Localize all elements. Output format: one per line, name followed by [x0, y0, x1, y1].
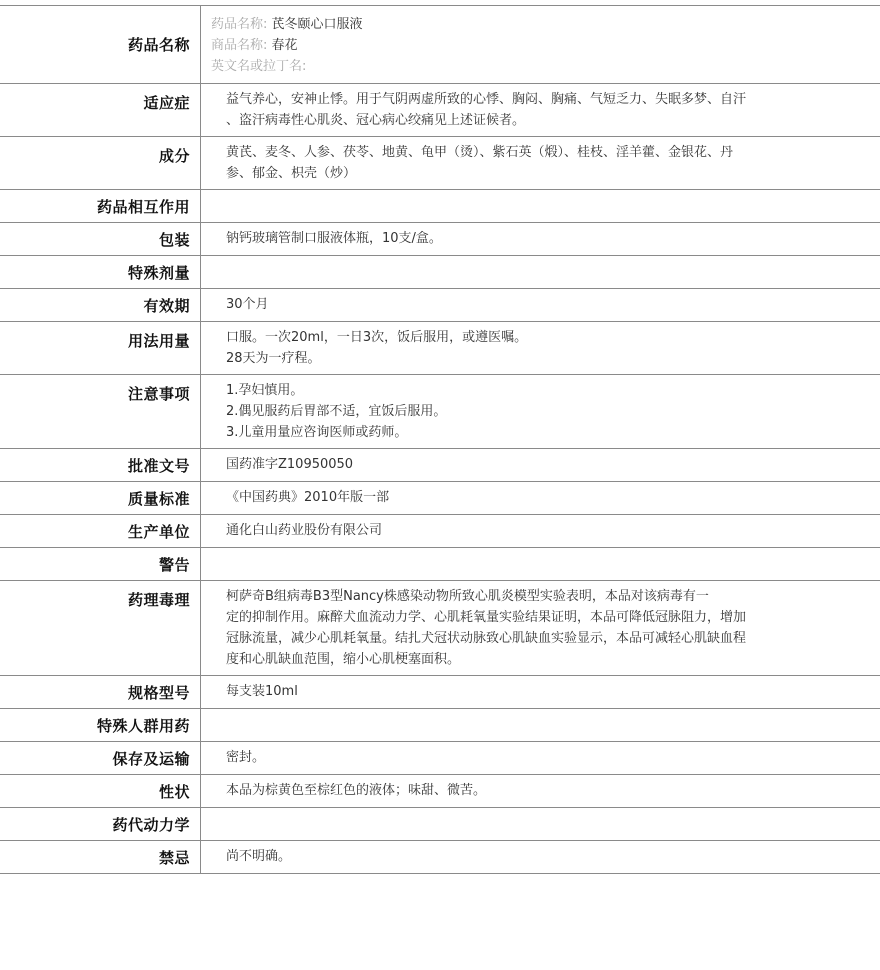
table-row: 药品相互作用: [0, 190, 880, 223]
table-row: 质量标准《中国药典》2010年版一部: [0, 482, 880, 515]
row-label: 用法用量: [0, 322, 201, 375]
row-label: 成分: [0, 137, 201, 190]
value-line: 口服。一次20ml，一日3次，饭后服用，或遵医嘱。: [226, 327, 785, 348]
row-value: 《中国药典》2010年版一部: [201, 482, 880, 515]
value-line: 密封。: [226, 747, 785, 768]
row-value: 30个月: [201, 289, 880, 322]
value-line: 1.孕妇慎用。: [226, 380, 785, 401]
row-value: 口服。一次20ml，一日3次，饭后服用，或遵医嘱。28天为一疗程。: [201, 322, 880, 375]
row-label: 有效期: [0, 289, 201, 322]
drug-info-table: 药品名称 药品名称: 芪冬颐心口服液 商品名称: 春花 英文名或拉丁名: 适应症…: [0, 5, 880, 874]
value-line: 黄芪、麦冬、人参、茯苓、地黄、龟甲（烫）、紫石英（煅）、桂枝、淫羊藿、金银花、丹: [226, 142, 785, 163]
table-row: 有效期30个月: [0, 289, 880, 322]
row-value: [201, 808, 880, 841]
row-value: 每支装10ml: [201, 676, 880, 709]
row-label: 药代动力学: [0, 808, 201, 841]
table-row: 保存及运输密封。: [0, 742, 880, 775]
value-line: 参、郁金、枳壳（炒）: [226, 163, 785, 184]
table-row-drug-name: 药品名称 药品名称: 芪冬颐心口服液 商品名称: 春花 英文名或拉丁名:: [0, 6, 880, 84]
value-line: 尚不明确。: [226, 846, 785, 867]
value-line: 柯萨奇B组病毒B3型Nancy株感染动物所致心肌炎模型实验表明，本品对该病毒有一: [226, 586, 785, 607]
table-row: 批准文号国药准字Z10950050: [0, 449, 880, 482]
table-row: 警告: [0, 548, 880, 581]
row-value: [201, 548, 880, 581]
english-name-label: 英文名或拉丁名:: [211, 59, 306, 74]
table-row: 生产单位通化白山药业股份有限公司: [0, 515, 880, 548]
row-value: 尚不明确。: [201, 841, 880, 874]
table-row: 药理毒理柯萨奇B组病毒B3型Nancy株感染动物所致心肌炎模型实验表明，本品对该…: [0, 581, 880, 676]
table-row: 药代动力学: [0, 808, 880, 841]
row-label: 药品相互作用: [0, 190, 201, 223]
row-label: 警告: [0, 548, 201, 581]
row-value: 1.孕妇慎用。2.偶见服药后胃部不适，宜饭后服用。3.儿童用量应咨询医师或药师。: [201, 375, 880, 449]
value-line: 30个月: [226, 294, 785, 315]
row-value: [201, 190, 880, 223]
row-value: 钠钙玻璃管制口服液体瓶，10支/盒。: [201, 223, 880, 256]
row-label: 注意事项: [0, 375, 201, 449]
table-row: 性状本品为棕黄色至棕红色的液体；味甜、微苦。: [0, 775, 880, 808]
row-label: 保存及运输: [0, 742, 201, 775]
row-label: 药品名称: [0, 6, 201, 84]
value-line: 国药准字Z10950050: [226, 454, 785, 475]
row-value: 益气养心，安神止悸。用于气阴两虚所致的心悸、胸闷、胸痛、气短乏力、失眠多梦、自汗…: [201, 84, 880, 137]
generic-name-value: 芪冬颐心口服液: [272, 17, 363, 32]
table-row: 特殊人群用药: [0, 709, 880, 742]
value-line: 定的抑制作用。麻醉犬血流动力学、心肌耗氧量实验结果证明，本品可降低冠脉阻力，增加: [226, 607, 785, 628]
value-line: 本品为棕黄色至棕红色的液体；味甜、微苦。: [226, 780, 785, 801]
value-line: 益气养心，安神止悸。用于气阴两虚所致的心悸、胸闷、胸痛、气短乏力、失眠多梦、自汗: [226, 89, 785, 110]
trade-name-line: 商品名称: 春花: [211, 35, 785, 56]
row-value: [201, 709, 880, 742]
value-line: 度和心肌缺血范围，缩小心肌梗塞面积。: [226, 649, 785, 670]
generic-name-line: 药品名称: 芪冬颐心口服液: [211, 14, 785, 35]
table-row: 用法用量口服。一次20ml，一日3次，饭后服用，或遵医嘱。28天为一疗程。: [0, 322, 880, 375]
table-row: 适应症益气养心，安神止悸。用于气阴两虚所致的心悸、胸闷、胸痛、气短乏力、失眠多梦…: [0, 84, 880, 137]
row-value: 国药准字Z10950050: [201, 449, 880, 482]
row-label: 禁忌: [0, 841, 201, 874]
row-label: 批准文号: [0, 449, 201, 482]
row-value: [201, 256, 880, 289]
row-value: 通化白山药业股份有限公司: [201, 515, 880, 548]
table-row: 注意事项1.孕妇慎用。2.偶见服药后胃部不适，宜饭后服用。3.儿童用量应咨询医师…: [0, 375, 880, 449]
value-line: 《中国药典》2010年版一部: [226, 487, 785, 508]
row-value: 黄芪、麦冬、人参、茯苓、地黄、龟甲（烫）、紫石英（煅）、桂枝、淫羊藿、金银花、丹…: [201, 137, 880, 190]
trade-name-value: 春花: [272, 38, 298, 53]
value-line: 通化白山药业股份有限公司: [226, 520, 785, 541]
row-label: 药理毒理: [0, 581, 201, 676]
row-label: 包装: [0, 223, 201, 256]
value-line: 28天为一疗程。: [226, 348, 785, 369]
drug-name-cell: 药品名称: 芪冬颐心口服液 商品名称: 春花 英文名或拉丁名:: [201, 6, 880, 84]
table-row: 包装钠钙玻璃管制口服液体瓶，10支/盒。: [0, 223, 880, 256]
value-line: 、盗汗病毒性心肌炎、冠心病心绞痛见上述证候者。: [226, 110, 785, 131]
english-name-line: 英文名或拉丁名:: [211, 56, 785, 77]
row-label: 规格型号: [0, 676, 201, 709]
row-label: 质量标准: [0, 482, 201, 515]
row-value: 密封。: [201, 742, 880, 775]
row-label: 性状: [0, 775, 201, 808]
value-line: 冠脉流量，减少心肌耗氧量。结扎犬冠状动脉致心肌缺血实验显示，本品可减轻心肌缺血程: [226, 628, 785, 649]
row-value: 本品为棕黄色至棕红色的液体；味甜、微苦。: [201, 775, 880, 808]
table-row: 规格型号每支装10ml: [0, 676, 880, 709]
value-line: 钠钙玻璃管制口服液体瓶，10支/盒。: [226, 228, 785, 249]
table-row: 特殊剂量: [0, 256, 880, 289]
generic-name-label: 药品名称:: [211, 17, 267, 32]
value-line: 3.儿童用量应咨询医师或药师。: [226, 422, 785, 443]
table-row: 成分黄芪、麦冬、人参、茯苓、地黄、龟甲（烫）、紫石英（煅）、桂枝、淫羊藿、金银花…: [0, 137, 880, 190]
value-line: 2.偶见服药后胃部不适，宜饭后服用。: [226, 401, 785, 422]
row-label: 生产单位: [0, 515, 201, 548]
table-row: 禁忌尚不明确。: [0, 841, 880, 874]
row-label: 特殊人群用药: [0, 709, 201, 742]
row-label: 特殊剂量: [0, 256, 201, 289]
trade-name-label: 商品名称:: [211, 38, 267, 53]
row-value: 柯萨奇B组病毒B3型Nancy株感染动物所致心肌炎模型实验表明，本品对该病毒有一…: [201, 581, 880, 676]
row-label: 适应症: [0, 84, 201, 137]
value-line: 每支装10ml: [226, 681, 785, 702]
